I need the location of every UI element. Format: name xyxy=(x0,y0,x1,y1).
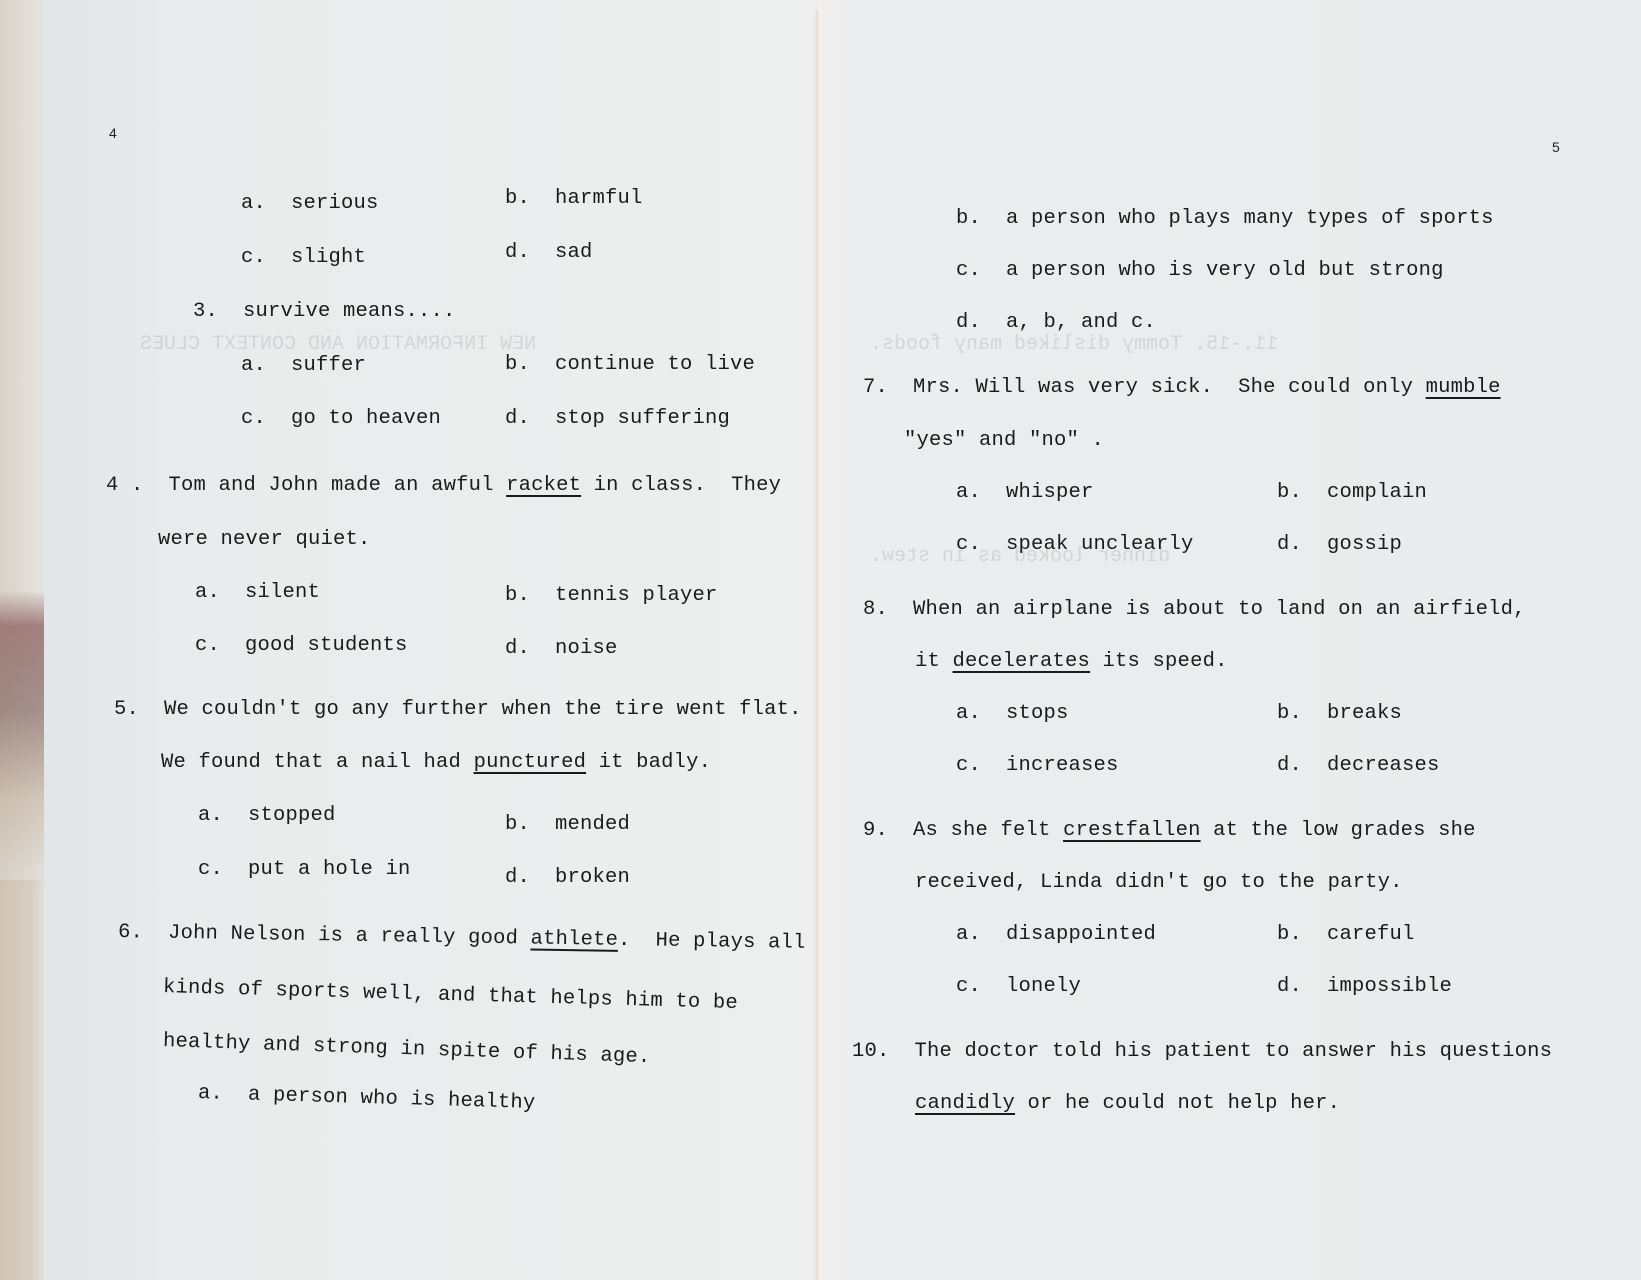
question-text: its speed. xyxy=(1090,650,1228,673)
option-c: c. good students xyxy=(195,636,408,657)
option-a: a. silent xyxy=(195,583,320,604)
option-a: a. disappointed xyxy=(956,925,1156,946)
option-d: d. broken xyxy=(505,868,630,889)
target-word: athlete xyxy=(530,927,618,951)
question-text: When an airplane is about to land on an … xyxy=(913,598,1526,621)
question-3: 3. survive means.... xyxy=(193,302,456,323)
option-a: a. whisper xyxy=(956,483,1094,504)
question-text: at the low grades she xyxy=(1201,819,1476,842)
right-page xyxy=(818,0,1641,1280)
target-word: crestfallen xyxy=(1063,819,1201,842)
option-a: a. serious xyxy=(241,194,379,215)
bleed-through-text: 11.-15. Tommy disliked many foods. xyxy=(870,335,1278,355)
question-number: 4 . xyxy=(106,474,144,497)
option-d: d. gossip xyxy=(1277,535,1402,556)
book-spread: NEW INFORMATION AND CONTEXT CLUES 11.-15… xyxy=(0,0,1641,1280)
question-text: or he could not help her. xyxy=(1015,1092,1340,1115)
question-text: in class. They xyxy=(581,474,781,497)
question-10: 10. The doctor told his patient to answe… xyxy=(852,1042,1552,1063)
option-b: b. a person who plays many types of spor… xyxy=(956,209,1494,230)
option-b: b. complain xyxy=(1277,483,1427,504)
option-d: d. noise xyxy=(505,639,618,660)
option-b: b. tennis player xyxy=(505,586,718,607)
question-5-line2: We found that a nail had punctured it ba… xyxy=(161,753,711,774)
option-d: d. a, b, and c. xyxy=(956,313,1156,334)
option-d: d. decreases xyxy=(1277,756,1440,777)
question-7-line2: "yes" and "no" . xyxy=(904,431,1104,452)
option-c: c. lonely xyxy=(956,977,1081,998)
question-number: 9. xyxy=(863,819,888,842)
option-d: d. impossible xyxy=(1277,977,1452,998)
option-b: b. mended xyxy=(505,815,630,836)
option-c: c. go to heaven xyxy=(241,409,441,430)
bleed-through-text: NEW INFORMATION AND CONTEXT CLUES xyxy=(140,335,536,355)
book-edge xyxy=(0,0,48,1280)
question-text: As she felt xyxy=(913,819,1063,842)
option-c: c. increases xyxy=(956,756,1119,777)
question-9-line2: received, Linda didn't go to the party. xyxy=(915,873,1403,894)
question-number: 7. xyxy=(863,376,888,399)
option-b: b. breaks xyxy=(1277,704,1402,725)
page-stack xyxy=(0,880,44,1280)
option-d: d. stop suffering xyxy=(505,409,730,430)
target-word: mumble xyxy=(1426,376,1501,399)
question-4-line2: were never quiet. xyxy=(158,530,371,551)
question-number: 8. xyxy=(863,598,888,621)
option-d: d. sad xyxy=(505,243,593,264)
page-number-right: 5 xyxy=(1552,139,1560,155)
target-word: candidly xyxy=(915,1092,1015,1115)
option-b: b. harmful xyxy=(505,189,643,210)
question-text: Tom and John made an awful xyxy=(169,474,507,497)
target-word: decelerates xyxy=(953,650,1091,673)
option-c: c. speak unclearly xyxy=(956,535,1194,556)
question-number: 5. xyxy=(114,698,139,721)
option-a: a. suffer xyxy=(241,356,366,377)
option-b: b. careful xyxy=(1277,925,1415,946)
question-9: 9. As she felt crestfallen at the low gr… xyxy=(863,821,1476,842)
question-text: . He plays all xyxy=(618,929,806,955)
target-word: punctured xyxy=(474,751,587,774)
question-number: 10. xyxy=(852,1040,890,1063)
page-number-left: 4 xyxy=(109,125,117,141)
question-text: Mrs. Will was very sick. She could only xyxy=(913,376,1426,399)
option-c: c. a person who is very old but strong xyxy=(956,261,1444,282)
option-b: b. continue to live xyxy=(505,355,755,376)
question-text: We couldn't go any further when the tire… xyxy=(164,698,802,721)
question-10-line2: candidly or he could not help her. xyxy=(915,1094,1340,1115)
question-5: 5. We couldn't go any further when the t… xyxy=(114,700,802,721)
target-word: racket xyxy=(506,474,581,497)
question-text: it xyxy=(915,650,953,673)
option-c: c. slight xyxy=(241,248,366,269)
question-4: 4 . Tom and John made an awful racket in… xyxy=(106,476,781,497)
question-8: 8. When an airplane is about to land on … xyxy=(863,600,1526,621)
question-text: it badly. xyxy=(586,751,711,774)
option-a: a. stops xyxy=(956,704,1069,725)
question-number: 6. xyxy=(118,921,143,944)
option-c: c. put a hole in xyxy=(198,860,411,881)
option-a: a. stopped xyxy=(198,806,336,827)
question-7: 7. Mrs. Will was very sick. She could on… xyxy=(863,378,1501,399)
question-text: We found that a nail had xyxy=(161,751,474,774)
question-text: The doctor told his patient to answer hi… xyxy=(915,1040,1553,1063)
question-8-line2: it decelerates its speed. xyxy=(915,652,1228,673)
